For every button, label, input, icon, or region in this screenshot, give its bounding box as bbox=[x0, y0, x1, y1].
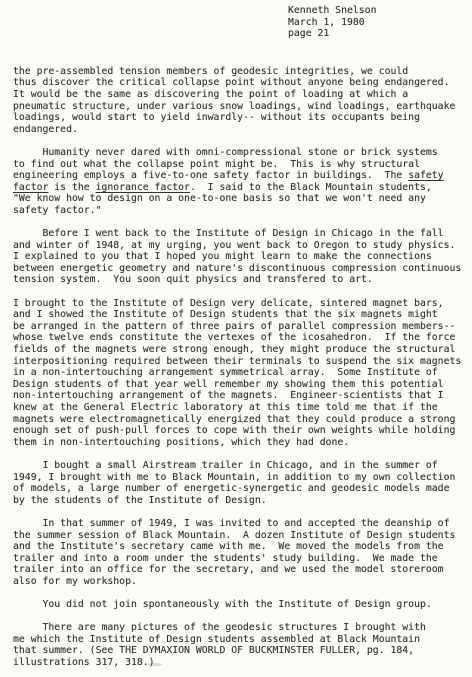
text-line: me which the Institute of Design student… bbox=[13, 634, 472, 646]
text-segment: loadings, would start to yield inwardly-… bbox=[13, 112, 420, 123]
text-segment: in a non-intertouching arrangement symme… bbox=[13, 367, 438, 378]
text-line: be arranged in the pattern of three pair… bbox=[13, 321, 472, 333]
text-line: that summer. (See THE DYMAXION WORLD OF … bbox=[13, 645, 472, 657]
text-segment: tension system. You soon quit physics an… bbox=[13, 274, 373, 285]
text-segment: also for my workshop. bbox=[13, 576, 137, 587]
header-date: March 1, 1980 bbox=[288, 17, 472, 29]
text-line: whose twelve ends constitute the vertexe… bbox=[13, 332, 472, 344]
text-line: I bought a small Airstream trailer in Ch… bbox=[13, 460, 472, 472]
text-segment: enough set of push-pull forces to cope w… bbox=[13, 425, 455, 436]
text-segment: me which the Institute of Design student… bbox=[13, 634, 420, 645]
text-segment: to find out what the collapse point migh… bbox=[13, 159, 420, 170]
text-line: 1949, I brought with me to Black Mountai… bbox=[13, 472, 472, 484]
underlined-text: ignorance factor bbox=[96, 182, 190, 193]
text-line: It would be the same as discovering the … bbox=[13, 89, 472, 101]
text-segment: I brought to the Institute of Design ver… bbox=[13, 298, 444, 309]
text-line: engineering employs a five-to-one safety… bbox=[13, 170, 472, 182]
text-segment: It would be the same as discovering the … bbox=[13, 89, 408, 100]
text-segment: them in non-intertouching positions, whi… bbox=[13, 437, 349, 448]
text-segment: fields of the magnets were strong enough… bbox=[13, 344, 455, 355]
text-line: safety factor." bbox=[13, 205, 472, 217]
text-line: magnets were electromagnetically energiz… bbox=[13, 414, 472, 426]
text-line: pneumatic structure, under various snow … bbox=[13, 101, 472, 113]
text-line: "We know how to design on a one-to-one b… bbox=[13, 193, 472, 205]
underlined-text: safety bbox=[408, 170, 443, 181]
text-line: I brought to the Institute of Design ver… bbox=[13, 298, 472, 310]
text-segment: be arranged in the pattern of three pair… bbox=[13, 321, 455, 332]
text-segment: Humanity never dared with omni-compressi… bbox=[13, 147, 438, 158]
text-line: Design students of that year well rememb… bbox=[13, 379, 472, 391]
paragraph: In that summer of 1949, I was invited to… bbox=[13, 518, 472, 588]
text-segment: whose twelve ends constitute the vertexe… bbox=[13, 332, 455, 343]
text-segment: of models, a large number of energetic-s… bbox=[13, 483, 449, 494]
text-line: between energetic geometry and nature's … bbox=[13, 263, 472, 275]
text-line: loadings, would start to yield inwardly-… bbox=[13, 112, 472, 124]
paragraph: the pre-assembled tension members of geo… bbox=[13, 66, 472, 136]
text-segment: engineering employs a five-to-one safety… bbox=[13, 170, 408, 181]
text-line: illustrations 317, 318.) bbox=[13, 657, 472, 669]
text-segment: is the bbox=[48, 182, 95, 193]
text-segment: Design students of that year well rememb… bbox=[13, 379, 444, 390]
text-segment: the summer session of Black Mountain. A … bbox=[13, 530, 455, 541]
text-line: enough set of push-pull forces to cope w… bbox=[13, 425, 472, 437]
text-line: of models, a large number of energetic-s… bbox=[13, 483, 472, 495]
text-line: thus discover the critical collapse poin… bbox=[13, 77, 472, 89]
text-segment: I bought a small Airstream trailer in Ch… bbox=[13, 460, 438, 471]
letter-header: Kenneth Snelson March 1, 1980 page 21 bbox=[288, 5, 472, 40]
underlined-text: factor bbox=[13, 182, 48, 193]
text-segment: magnets were electromagnetically energiz… bbox=[13, 414, 455, 425]
document-body: the pre-assembled tension members of geo… bbox=[13, 66, 472, 669]
text-segment: Before I went back to the Institute of D… bbox=[13, 228, 444, 239]
text-line: There are many pictures of the geodesic … bbox=[13, 622, 472, 634]
text-segment: There are many pictures of the geodesic … bbox=[13, 622, 426, 633]
text-segment: You did not join spontaneously with the … bbox=[13, 599, 432, 610]
text-segment: between energetic geometry and nature's … bbox=[13, 263, 461, 274]
text-segment: interpositioning required between their … bbox=[13, 356, 461, 367]
text-segment: 1949, I brought with me to Black Mountai… bbox=[13, 472, 455, 483]
text-line: the pre-assembled tension members of geo… bbox=[13, 66, 472, 78]
text-segment: the pre-assembled tension members of geo… bbox=[13, 66, 408, 77]
text-line: interpositioning required between their … bbox=[13, 356, 472, 368]
text-line: factor is the ignorance factor. I said t… bbox=[13, 182, 472, 194]
text-segment: thus discover the critical collapse poin… bbox=[13, 77, 449, 88]
text-segment: knew at the General Electric laboratory … bbox=[13, 402, 438, 413]
text-line: in a non-intertouching arrangement symme… bbox=[13, 367, 472, 379]
text-segment: safety factor." bbox=[13, 205, 101, 216]
text-segment: and I showed the Institute of Design stu… bbox=[13, 309, 438, 320]
text-line: endangered. bbox=[13, 124, 472, 136]
text-line: In that summer of 1949, I was invited to… bbox=[13, 518, 472, 530]
text-line: I explained to you that I hoped you migh… bbox=[13, 251, 472, 263]
text-line: by the students of the Institute of Desi… bbox=[13, 495, 472, 507]
paragraph: I brought to the Institute of Design ver… bbox=[13, 298, 472, 449]
text-segment: I explained to you that I hoped you migh… bbox=[13, 251, 432, 262]
paragraph: I bought a small Airstream trailer in Ch… bbox=[13, 460, 472, 506]
text-segment: In that summer of 1949, I was invited to… bbox=[13, 518, 449, 529]
text-line: You did not join spontaneously with the … bbox=[13, 599, 472, 611]
text-line: Humanity never dared with omni-compressi… bbox=[13, 147, 472, 159]
paragraph: Before I went back to the Institute of D… bbox=[13, 228, 472, 286]
letter-page: Kenneth Snelson March 1, 1980 page 21 th… bbox=[0, 0, 472, 677]
header-author: Kenneth Snelson bbox=[288, 5, 472, 17]
text-line: tension system. You soon quit physics an… bbox=[13, 274, 472, 286]
text-line: the summer session of Black Mountain. A … bbox=[13, 530, 472, 542]
text-line: non-intertouching arrangement of the mag… bbox=[13, 390, 472, 402]
text-line: trailer and into a room under the studen… bbox=[13, 553, 472, 565]
text-segment: pneumatic structure, under various snow … bbox=[13, 101, 455, 112]
text-line: Before I went back to the Institute of D… bbox=[13, 228, 472, 240]
text-segment: and the Institute's secretary came with … bbox=[13, 541, 444, 552]
text-segment: and winter of 1948, at my urging, you we… bbox=[13, 240, 455, 251]
text-segment: trailer and into a room under the studen… bbox=[13, 553, 438, 564]
text-line: them in non-intertouching positions, whi… bbox=[13, 437, 472, 449]
text-segment: . I said to the Black Mountain students, bbox=[190, 182, 432, 193]
text-segment: "We know how to design on a one-to-one b… bbox=[13, 193, 426, 204]
paragraph: Humanity never dared with omni-compressi… bbox=[13, 147, 472, 217]
text-segment: illustrations 317, 318.) bbox=[13, 657, 155, 668]
text-line: and I showed the Institute of Design stu… bbox=[13, 309, 472, 321]
text-line: also for my workshop. bbox=[13, 576, 472, 588]
paragraph: There are many pictures of the geodesic … bbox=[13, 622, 472, 668]
text-segment: that summer. (See THE DYMAXION WORLD OF … bbox=[13, 645, 414, 656]
text-line: trailer into an office for the secretary… bbox=[13, 564, 472, 576]
text-segment: endangered. bbox=[13, 124, 78, 135]
text-line: to find out what the collapse point migh… bbox=[13, 159, 472, 171]
text-line: and the Institute's secretary came with … bbox=[13, 541, 472, 553]
text-segment: by the students of the Institute of Desi… bbox=[13, 495, 267, 506]
header-page-number: page 21 bbox=[288, 28, 472, 40]
paragraph: You did not join spontaneously with the … bbox=[13, 599, 472, 611]
text-line: and winter of 1948, at my urging, you we… bbox=[13, 240, 472, 252]
text-segment: non-intertouching arrangement of the mag… bbox=[13, 390, 444, 401]
scan-smudge bbox=[148, 663, 162, 666]
text-segment: trailer into an office for the secretary… bbox=[13, 564, 444, 575]
text-line: knew at the General Electric laboratory … bbox=[13, 402, 472, 414]
text-line: fields of the magnets were strong enough… bbox=[13, 344, 472, 356]
